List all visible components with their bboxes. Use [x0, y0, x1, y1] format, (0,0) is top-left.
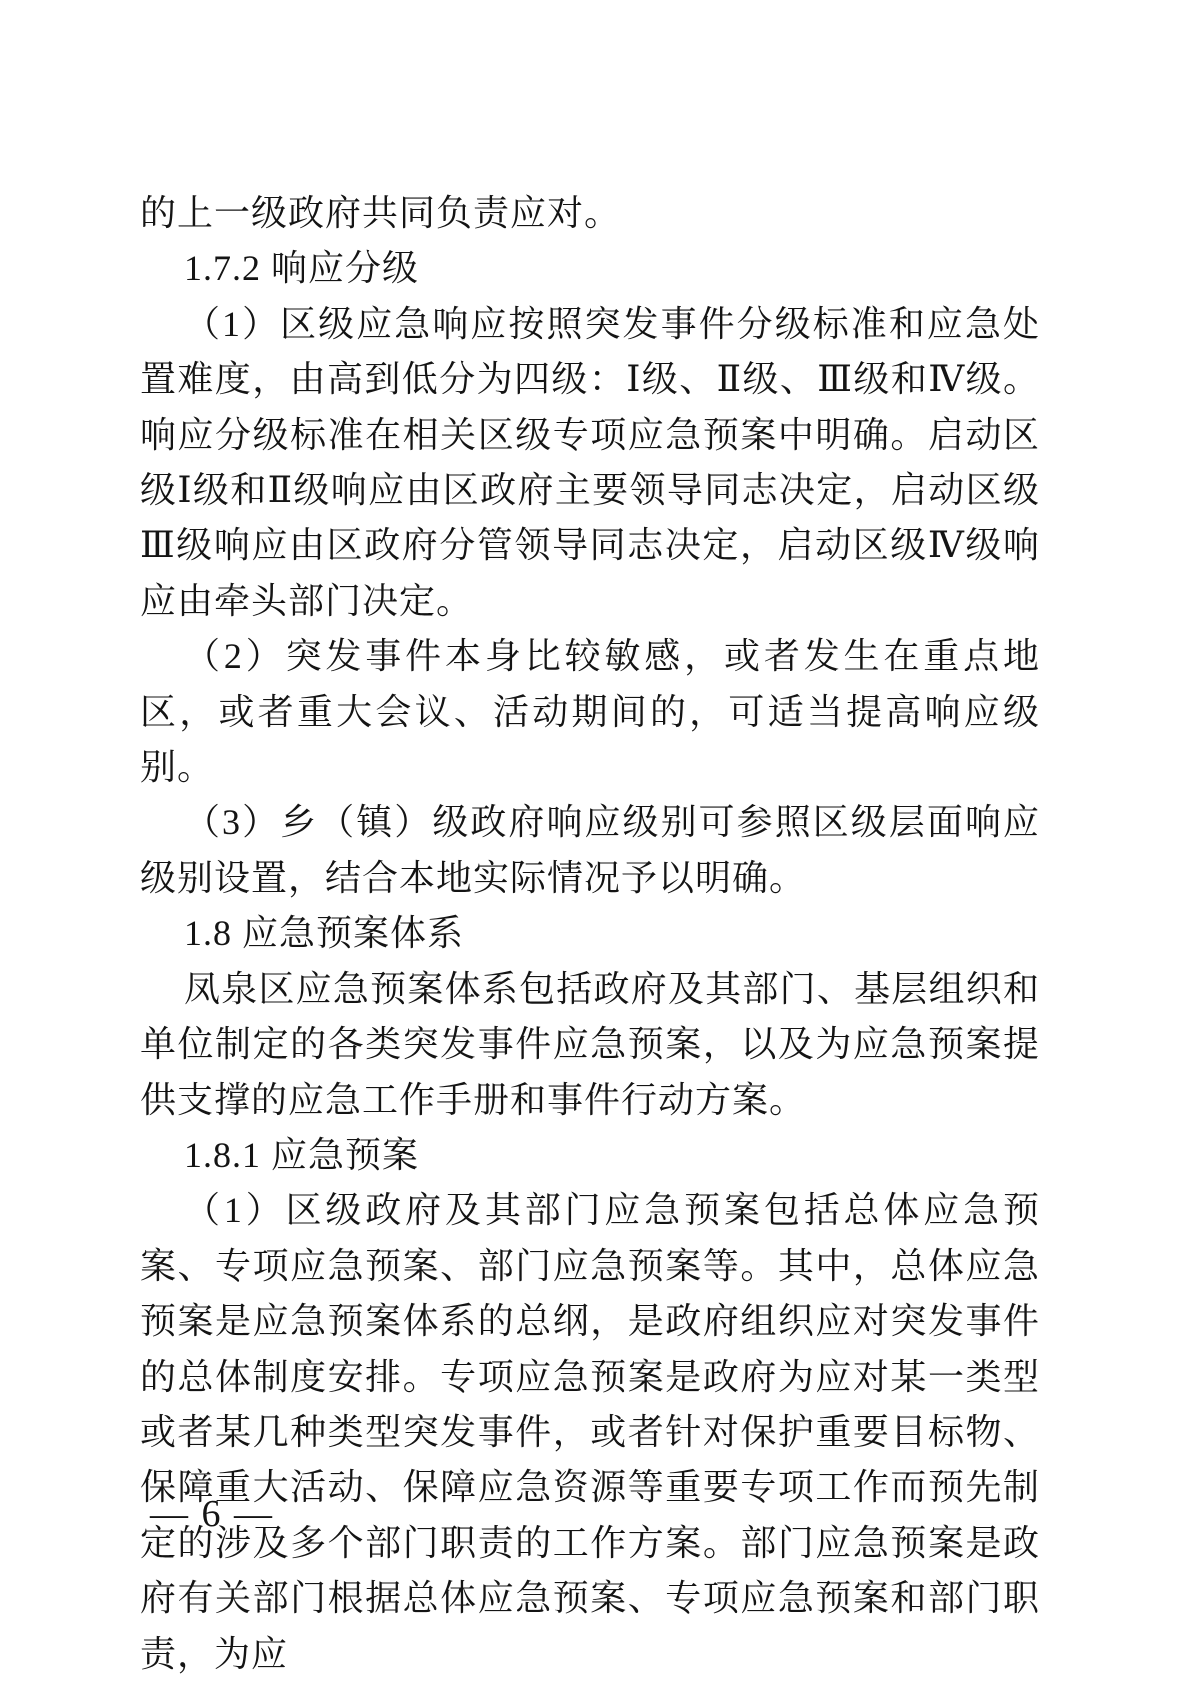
- paragraph-response-grading-1: （1）区级应急响应按照突发事件分级标准和应急处置难度，由高到低分为四级：Ⅰ级、Ⅱ…: [140, 297, 1040, 629]
- page-number: — 6 —: [150, 1493, 274, 1535]
- paragraph-continuation: 的上一级政府共同负责应对。: [140, 186, 1040, 241]
- heading-1-7-2-response-grading: 1.7.2 响应分级: [140, 241, 1040, 296]
- paragraph-emergency-plans-1: （1）区级政府及其部门应急预案包括总体应急预案、专项应急预案、部门应急预案等。其…: [140, 1183, 1040, 1682]
- heading-1-8-1-emergency-plans: 1.8.1 应急预案: [140, 1128, 1040, 1183]
- document-body: 的上一级政府共同负责应对。 1.7.2 响应分级 （1）区级应急响应按照突发事件…: [140, 186, 1040, 1682]
- paragraph-plan-system: 凤泉区应急预案体系包括政府及其部门、基层组织和单位制定的各类突发事件应急预案，以…: [140, 962, 1040, 1128]
- page-footer: — 6 —: [150, 1490, 274, 1538]
- heading-1-8-plan-system: 1.8 应急预案体系: [140, 906, 1040, 961]
- paragraph-response-grading-2: （2）突发事件本身比较敏感，或者发生在重点地区，或者重大会议、活动期间的，可适当…: [140, 629, 1040, 795]
- document-page: 的上一级政府共同负责应对。 1.7.2 响应分级 （1）区级应急响应按照突发事件…: [0, 0, 1190, 1683]
- paragraph-response-grading-3: （3）乡（镇）级政府响应级别可参照区级层面响应级别设置，结合本地实际情况予以明确…: [140, 795, 1040, 906]
